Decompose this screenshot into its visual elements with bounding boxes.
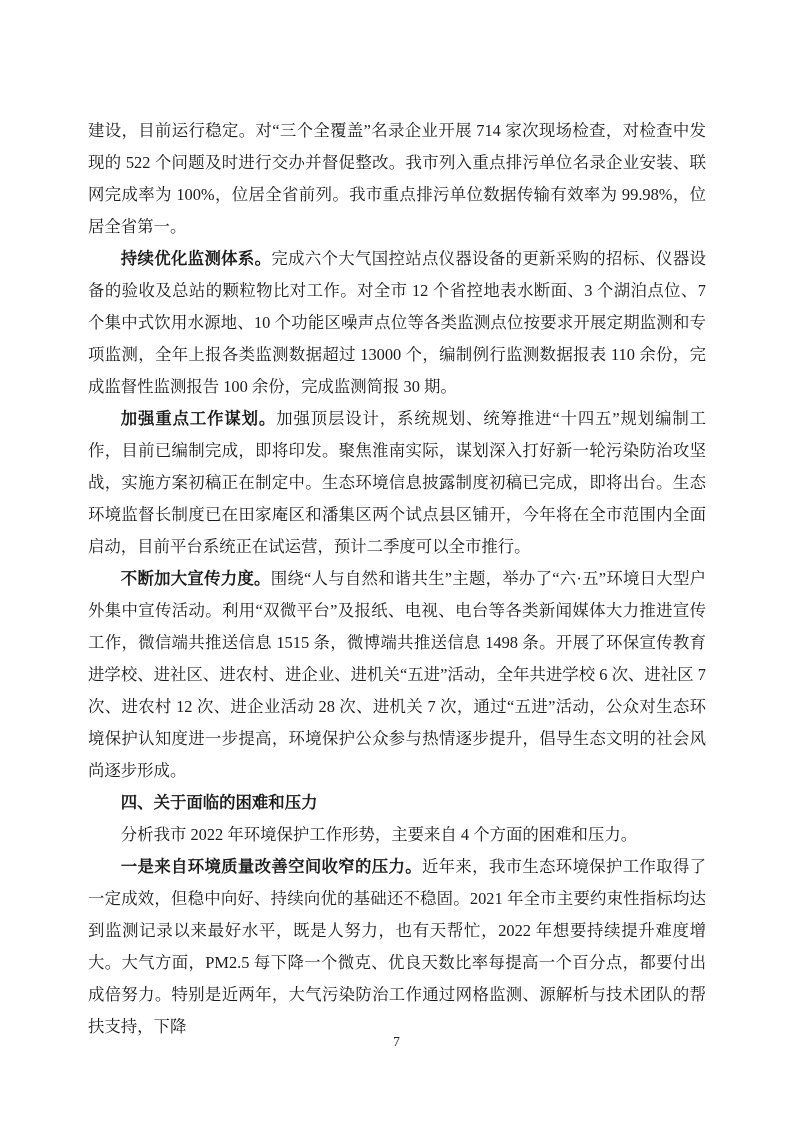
paragraph-lead: 不断加大宣传力度。	[121, 570, 271, 588]
paragraph: 分析我市 2022 年环境保护工作形势，主要来自 4 个方面的困难和压力。	[88, 819, 706, 851]
paragraph-text: 建设，目前运行稳定。对“三个全覆盖”名录企业开展 714 家次现场检查，对检查中…	[88, 121, 706, 236]
paragraph-lead: 一是来自环境质量改善空间收窄的压力。	[121, 857, 422, 876]
paragraph: 不断加大宣传力度。围绕“人与自然和谐共生”主题，举办了“六·五”环境日大型户外集…	[88, 563, 706, 787]
section-heading: 四、关于面临的困难和压力	[88, 787, 706, 819]
paragraph: 持续优化监测体系。完成六个大气国控站点仪器设备的更新采购的招标、仪器设备的验收及…	[88, 243, 706, 403]
page-number: 7	[0, 1034, 793, 1050]
paragraph-text: 完成六个大气国控站点仪器设备的更新采购的招标、仪器设备的验收及总站的颗粒物比对工…	[88, 249, 706, 396]
paragraph-text: 分析我市 2022 年环境保护工作形势，主要来自 4 个方面的困难和压力。	[121, 825, 637, 844]
paragraph: 一是来自环境质量改善空间收窄的压力。近年来，我市生态环境保护工作取得了一定成效，…	[88, 851, 706, 1043]
paragraph: 加强重点工作谋划。加强顶层设计，系统规划、统筹推进“十四五”规划编制工作，目前已…	[88, 403, 706, 563]
paragraph-lead: 加强重点工作谋划。	[121, 410, 276, 428]
page-content: 建设，目前运行稳定。对“三个全覆盖”名录企业开展 714 家次现场检查，对检查中…	[88, 115, 706, 1043]
paragraph-text: 加强顶层设计，系统规划、统筹推进“十四五”规划编制工作，目前已编制完成，即将印发…	[88, 409, 706, 556]
paragraph: 建设，目前运行稳定。对“三个全覆盖”名录企业开展 714 家次现场检查，对检查中…	[88, 115, 706, 243]
paragraph-text: 围绕“人与自然和谐共生”主题，举办了“六·五”环境日大型户外集中宣传活动。利用“…	[88, 569, 706, 780]
paragraph-lead: 持续优化监测体系。	[121, 250, 272, 268]
document-page: 建设，目前运行稳定。对“三个全覆盖”名录企业开展 714 家次现场检查，对检查中…	[0, 0, 793, 1122]
paragraph-text: 近年来，我市生态环境保护工作取得了一定成效，但稳中向好、持续向优的基础还不稳固。…	[88, 857, 706, 1036]
